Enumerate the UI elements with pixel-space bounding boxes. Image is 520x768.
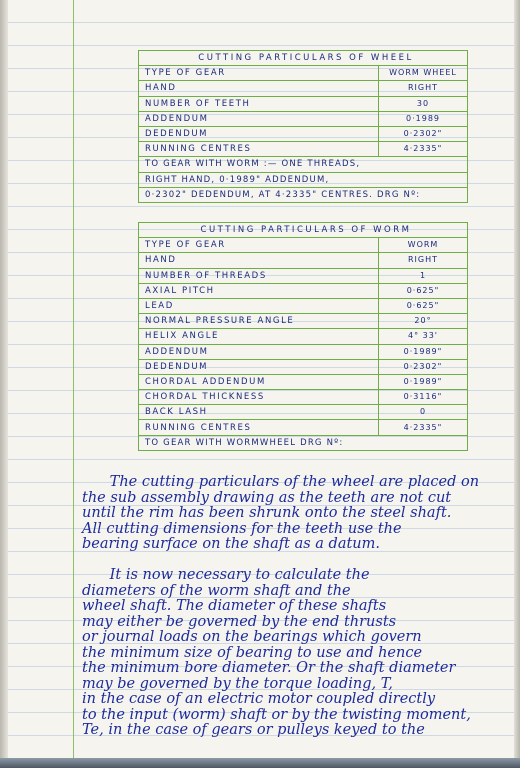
handwritten-line: may either be governed by the end thrust… [82,615,502,631]
page-bottom-edge [0,758,520,768]
row-value: 0·2302" [379,126,468,141]
row-label: NUMBER OF THREADS [139,268,379,283]
row-value: 0·625" [379,283,468,298]
row-label: BACK LASH [139,405,379,420]
paragraph-wheel-particulars: The cutting particulars of the wheel are… [82,475,502,553]
table-row: TYPE OF GEARWORM WHEEL [139,66,468,81]
table-row: HANDRIGHT [139,253,468,268]
row-label: HAND [139,253,379,268]
handwritten-line: The cutting particulars of the wheel are… [82,475,502,491]
row-value: 4° 33' [379,329,468,344]
table-note: TO GEAR WITH WORMWHEEL DRG Nº: [139,435,468,450]
table-row: DEDENDUM0·2302" [139,359,468,374]
table-note-row: RIGHT HAND, 0·1989" ADDENDUM, [139,172,468,187]
table-note-row: TO GEAR WITH WORMWHEEL DRG Nº: [139,435,468,450]
row-label: NORMAL PRESSURE ANGLE [139,314,379,329]
table-row: LEAD0·625" [139,298,468,313]
row-value: 0·1989 [379,111,468,126]
handwritten-line: the minimum size of bearing to use and h… [82,646,502,662]
table-title-row: CUTTING PARTICULARS OF WHEEL [139,51,468,66]
handwritten-line: All cutting dimensions for the teeth use… [82,522,502,538]
table-row: DEDENDUM0·2302" [139,126,468,141]
page-binding-edge [0,0,8,768]
row-value: 20° [379,314,468,329]
table-row: HANDRIGHT [139,81,468,96]
row-value: WORM [379,238,468,253]
row-label: CHORDAL THICKNESS [139,390,379,405]
row-value: 30 [379,96,468,111]
table-row: CHORDAL ADDENDUM0·1989" [139,374,468,389]
handwritten-line: diameters of the worm shaft and the [82,584,502,600]
table-row: ADDENDUM0·1989" [139,344,468,359]
handwritten-line: wheel shaft. The diameter of these shaft… [82,599,502,615]
handwritten-line: the minimum bore diameter. Or the shaft … [82,661,502,677]
row-value: WORM WHEEL [379,66,468,81]
row-label: HELIX ANGLE [139,329,379,344]
row-label: HAND [139,81,379,96]
table-row: TYPE OF GEARWORM [139,238,468,253]
table-note: RIGHT HAND, 0·1989" ADDENDUM, [139,172,468,187]
row-label: RUNNING CENTRES [139,142,379,157]
table-row: ADDENDUM0·1989 [139,111,468,126]
table-row: CHORDAL THICKNESS0·3116" [139,390,468,405]
table-title: CUTTING PARTICULARS OF WHEEL [139,51,468,66]
table-row: RUNNING CENTRES4·2335" [139,142,468,157]
handwritten-line: Te, in the case of gears or pulleys keye… [82,723,502,739]
row-label: TYPE OF GEAR [139,238,379,253]
row-value: 0·625" [379,298,468,313]
worm-cutting-particulars-table: CUTTING PARTICULARS OF WORMTYPE OF GEARW… [138,222,468,451]
row-label: ADDENDUM [139,344,379,359]
row-label: TYPE OF GEAR [139,66,379,81]
table-row: NORMAL PRESSURE ANGLE20° [139,314,468,329]
row-value: 0 [379,405,468,420]
table-row: NUMBER OF TEETH30 [139,96,468,111]
row-value: 0·3116" [379,390,468,405]
table-row: RUNNING CENTRES4·2335" [139,420,468,435]
margin-line [73,0,74,768]
row-value: 0·1989" [379,374,468,389]
row-label: CHORDAL ADDENDUM [139,374,379,389]
row-value: 4·2335" [379,420,468,435]
handwritten-line: It is now necessary to calculate the [82,568,502,584]
wheel-cutting-particulars-table: CUTTING PARTICULARS OF WHEELTYPE OF GEAR… [138,50,468,203]
paragraph-shaft-diameters: It is now necessary to calculate thediam… [82,568,502,739]
handwritten-line: until the rim has been shrunk onto the s… [82,506,502,522]
table-row: NUMBER OF THREADS1 [139,268,468,283]
row-label: NUMBER OF TEETH [139,96,379,111]
handwritten-line: or journal loads on the bearings which g… [82,630,502,646]
row-label: DEDENDUM [139,126,379,141]
handwritten-line: to the input (worm) shaft or by the twis… [82,708,502,724]
row-label: RUNNING CENTRES [139,420,379,435]
table-title: CUTTING PARTICULARS OF WORM [139,223,468,238]
handwritten-line: the sub assembly drawing as the teeth ar… [82,491,502,507]
row-value: RIGHT [379,253,468,268]
row-label: DEDENDUM [139,359,379,374]
row-value: RIGHT [379,81,468,96]
table-title-row: CUTTING PARTICULARS OF WORM [139,223,468,238]
notebook-page: CUTTING PARTICULARS OF WHEELTYPE OF GEAR… [0,0,520,768]
handwritten-line: may be governed by the torque loading, T… [82,677,502,693]
handwritten-line: bearing surface on the shaft as a datum. [82,537,502,553]
table-row: HELIX ANGLE4° 33' [139,329,468,344]
handwritten-line: in the case of an electric motor coupled… [82,692,502,708]
table-note: 0·2302" DEDENDUM, AT 4·2335" CENTRES. DR… [139,187,468,202]
table-note: TO GEAR WITH WORM :— ONE THREADS, [139,157,468,172]
page-right-edge [514,0,520,768]
table-row: AXIAL PITCH0·625" [139,283,468,298]
row-label: AXIAL PITCH [139,283,379,298]
table-note-row: 0·2302" DEDENDUM, AT 4·2335" CENTRES. DR… [139,187,468,202]
row-label: ADDENDUM [139,111,379,126]
table-note-row: TO GEAR WITH WORM :— ONE THREADS, [139,157,468,172]
row-value: 1 [379,268,468,283]
row-label: LEAD [139,298,379,313]
row-value: 4·2335" [379,142,468,157]
row-value: 0·1989" [379,344,468,359]
row-value: 0·2302" [379,359,468,374]
table-row: BACK LASH0 [139,405,468,420]
